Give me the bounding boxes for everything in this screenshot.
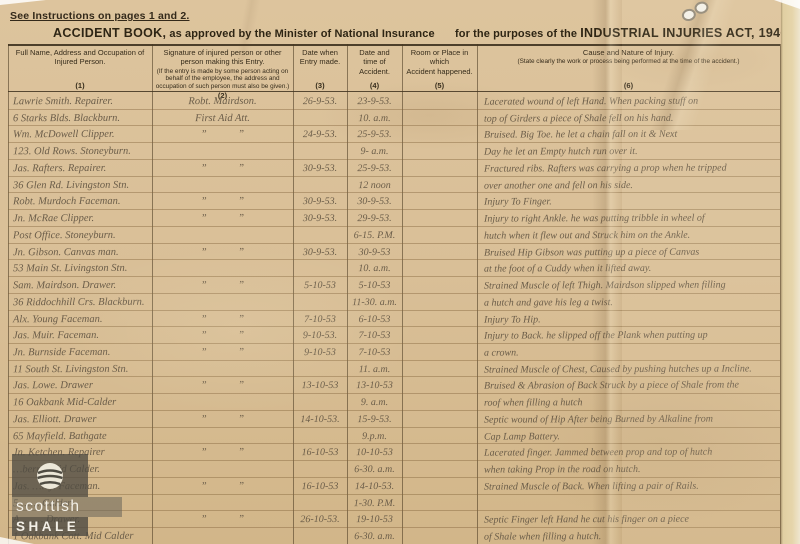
cell-entry-date: [293, 361, 347, 377]
cell-signature: [152, 294, 293, 310]
cell-accident-date-time: 23-9-53.: [347, 93, 402, 109]
watermark-logo-block: [12, 454, 88, 497]
cell-cause: Lacerated finger. Jammed between prop an…: [477, 444, 780, 461]
cell-name-address: 36 Riddochhill Crs. Blackburn.: [8, 293, 152, 309]
scan-corner: [774, 0, 800, 9]
cell-cause: over another one and fell on his side.: [477, 176, 780, 193]
table-row: Post Office. Stoneyburn. 6-15. P.M. hutc…: [8, 227, 780, 244]
cell-signature: ” ”: [152, 344, 293, 360]
table-header-divider: [8, 91, 780, 92]
cell-signature: [152, 143, 293, 159]
cell-name-address: Sam. Mairdson. Drawer.: [8, 277, 152, 293]
cell-accident-date-time: 25-9-53.: [347, 160, 402, 176]
cell-cause: Strained Muscle of left Thigh. Mairdson …: [477, 276, 780, 293]
cell-cause: Septic wound of Hip After being Burned b…: [477, 410, 780, 427]
cell-place: [402, 277, 477, 293]
cell-name-address: 53 Main St. Livingston Stn.: [8, 260, 152, 276]
cell-entry-date: [293, 528, 347, 544]
cell-cause: [477, 494, 780, 511]
cell-signature: ” ”: [152, 411, 293, 427]
cell-entry-date: [293, 461, 347, 477]
table-row: Wm. McDowell Clipper. ” ” 24-9-53. 25-9-…: [8, 126, 780, 143]
cell-accident-date-time: 15-9-53.: [347, 411, 402, 427]
cell-place: [402, 177, 477, 193]
cell-cause: a crown.: [477, 343, 780, 360]
header-title: Date when Entry made.: [300, 48, 340, 67]
table-header-row: Full Name, Address and Occupation of Inj…: [8, 46, 780, 91]
cell-signature: [152, 176, 293, 192]
cell-cause: at the foot of a Cuddy when it lifted aw…: [477, 260, 780, 277]
watermark-word-shale: SHALE: [12, 517, 88, 536]
cell-cause: top of Girders a piece of Shale fell on …: [477, 109, 780, 126]
title-left: ACCIDENT BOOK, as approved by the Minist…: [53, 24, 435, 42]
cell-entry-date: 16-10-53: [293, 444, 347, 460]
shale-sphere-icon: [34, 460, 66, 492]
header-note: (State clearly the work or process being…: [517, 58, 739, 66]
cell-accident-date-time: 9- a.m.: [347, 143, 402, 159]
cell-place: [402, 160, 477, 176]
cell-cause: a hutch and gave his leg a twist.: [477, 293, 780, 310]
cell-entry-date: 24-9-53.: [293, 126, 347, 142]
table-row: Jas. Muir. Faceman. ” ” 9-10-53. 7-10-53…: [8, 327, 780, 344]
cell-cause: Injury to Back. he slipped off the Plank…: [477, 327, 780, 344]
cell-entry-date: [293, 294, 347, 310]
cell-entry-date: 30-9-53.: [293, 193, 347, 209]
scan-corner: [0, 537, 34, 544]
cell-place: [402, 143, 477, 159]
title-approved-by: as approved by the Minister of National …: [166, 28, 434, 40]
cell-signature: ” ”: [152, 511, 293, 527]
cell-accident-date-time: 12 noon: [347, 177, 402, 193]
cell-place: [402, 310, 477, 326]
cell-accident-date-time: 29-9-53.: [347, 210, 402, 226]
cell-name-address: Lawrie Smith. Repairer.: [8, 93, 152, 109]
header-cause-column: Cause and Nature of Injury. (State clear…: [477, 46, 780, 91]
cell-signature: ” ”: [152, 444, 293, 460]
header-title: Date and time of Accident.: [359, 48, 390, 76]
cell-signature: ” ”: [152, 310, 293, 326]
cell-accident-date-time: 30-9-53: [347, 243, 402, 259]
cell-place: [402, 294, 477, 310]
cell-cause: Fractured ribs. Rafters was carrying a p…: [477, 159, 780, 176]
cell-accident-date-time: 9. a.m.: [347, 394, 402, 410]
table-row: …berry. Mid Calder. 6-30. a.m. when taki…: [8, 461, 780, 478]
cell-accident-date-time: 7-10-53: [347, 344, 402, 360]
cell-signature: ” ”: [152, 160, 293, 176]
cell-place: [402, 428, 477, 444]
cell-signature: [152, 528, 293, 544]
cell-accident-date-time: 10-10-53: [347, 444, 402, 460]
cell-accident-date-time: 1-30. P.M.: [347, 495, 402, 511]
cell-cause: Bruised. Big Toe. he let a chain fall on…: [477, 126, 780, 143]
cell-place: [402, 344, 477, 360]
cell-cause: Injury to right Ankle. he was putting tr…: [477, 209, 780, 226]
cell-signature: ” ”: [152, 126, 293, 142]
cell-entry-date: [293, 394, 347, 410]
cell-accident-date-time: 6-15. P.M.: [347, 227, 402, 243]
table-row: Jas. …ley. Faceman. ” ” 16-10-53 14-10-5…: [8, 478, 780, 495]
cell-entry-date: [293, 428, 347, 444]
table-row: Jn. Burnside Faceman. ” ” 9-10-53 7-10-5…: [8, 344, 780, 361]
cell-name-address: Jn. McRae Clipper.: [8, 210, 152, 226]
cell-name-address: 36 Glen Rd. Livingston Stn.: [8, 176, 152, 192]
header-place-column: Room or Place in which Accident happened…: [402, 46, 477, 91]
table-row: 1 Oakbank Cott. Mid Calder 6-30. a.m. of…: [8, 528, 780, 544]
table-row: Jas. Lowe. Drawer ” ” 13-10-53 13-10-53 …: [8, 377, 780, 394]
cell-entry-date: [293, 260, 347, 276]
cell-place: [402, 126, 477, 142]
cell-name-address: 6 Starks Blds. Blackburn.: [8, 109, 152, 125]
cell-entry-date: [293, 110, 347, 126]
header-title-group: Cause and Nature of Injury. (State clear…: [517, 48, 739, 66]
cell-name-address: Alx. Young Faceman.: [8, 310, 152, 326]
header-number: (6): [624, 81, 633, 90]
cell-entry-date: 5-10-53: [293, 277, 347, 293]
instructions-note: See Instructions on pages 1 and 2.: [10, 10, 190, 22]
table-row: 123. Old Rows. Stoneyburn. 9- a.m. Day h…: [8, 143, 780, 160]
cell-place: [402, 110, 477, 126]
cell-entry-date: 30-9-53.: [293, 210, 347, 226]
cell-accident-date-time: 6-30. a.m.: [347, 461, 402, 477]
cell-place: [402, 461, 477, 477]
cell-accident-date-time: 11. a.m.: [347, 361, 402, 377]
cell-place: [402, 243, 477, 259]
header-title: Room or Place in which Accident happened…: [405, 48, 474, 76]
table-row: 6 Starks Blds. Blackburn. First Aid Att.…: [8, 110, 780, 127]
cell-signature: ” ”: [152, 377, 293, 393]
scan-corner: [0, 0, 46, 5]
header-note: (If the entry is made by some person act…: [155, 68, 290, 91]
cell-cause: Septic Finger left Hand he cut his finge…: [477, 511, 780, 528]
header-entry-date-column: Date when Entry made. (3): [293, 46, 347, 91]
ledger-rows: Lawrie Smith. Repairer. Robt. Mairdson. …: [8, 93, 780, 544]
cell-entry-date: 13-10-53: [293, 377, 347, 393]
cell-name-address: Jn. Gibson. Canvas man.: [8, 243, 152, 259]
cell-entry-date: [293, 227, 347, 243]
cell-name-address: Robt. Murdoch Faceman.: [8, 193, 152, 209]
table-row: 36 Riddochhill Crs. Blackburn. 11-30. a.…: [8, 294, 780, 311]
cell-cause: Day he let an Empty hutch run over it.: [477, 143, 780, 160]
table-row: Jn. Gibson. Canvas man. ” ” 30-9-53. 30-…: [8, 244, 780, 261]
cell-place: [402, 444, 477, 460]
cell-cause: hutch when it flew out and Struck him on…: [477, 226, 780, 243]
cell-entry-date: 7-10-53: [293, 310, 347, 326]
header-number: (3): [315, 81, 324, 90]
underlying-page-edge: [781, 0, 800, 544]
cell-name-address: Wm. McDowell Clipper.: [8, 126, 152, 142]
cell-cause: of Shale when filling a hutch.: [477, 527, 780, 544]
cell-cause: Lacerated wound of left Hand. When packi…: [477, 93, 780, 109]
cell-entry-date: 14-10-53.: [293, 411, 347, 427]
cell-place: [402, 227, 477, 243]
cell-signature: [152, 427, 293, 443]
cell-accident-date-time: 25-9-53.: [347, 126, 402, 142]
cell-accident-date-time: 14-10-53.: [347, 478, 402, 494]
cell-accident-date-time: 19-10-53: [347, 511, 402, 527]
table-row: Jn. Ketchen. Repairer ” ” 16-10-53 10-10…: [8, 444, 780, 461]
cell-signature: Robt. Mairdson.: [152, 93, 293, 109]
cell-cause: roof when filling a hutch: [477, 394, 780, 411]
cell-cause: Strained Muscle of Chest, Caused by push…: [477, 360, 780, 377]
header-title: Signature of injured person or other per…: [155, 48, 290, 67]
cell-place: [402, 528, 477, 544]
cell-signature: First Aid Att.: [152, 109, 293, 125]
cell-accident-date-time: 30-9-53.: [347, 193, 402, 209]
cell-entry-date: 9-10-53: [293, 344, 347, 360]
cell-signature: [152, 260, 293, 276]
header-title: Full Name, Address and Occupation of Inj…: [16, 48, 144, 67]
cell-accident-date-time: 7-10-53: [347, 327, 402, 343]
cell-place: [402, 511, 477, 527]
table-row: Jn. McRae Clipper. ” ” 30-9-53. 29-9-53.…: [8, 210, 780, 227]
cell-place: [402, 93, 477, 109]
cell-signature: [152, 461, 293, 477]
cell-place: [402, 377, 477, 393]
cell-place: [402, 478, 477, 494]
cell-cause: Bruised & Abrasion of Back Struck by a p…: [477, 377, 780, 394]
cell-cause: Injury To Finger.: [477, 193, 780, 210]
cell-accident-date-time: 10. a.m.: [347, 260, 402, 276]
cell-signature: ” ”: [152, 277, 293, 293]
table-row: 16 Oakbank Mid-Calder 9. a.m. roof when …: [8, 394, 780, 411]
table-row: Lawrie Smith. Repairer. Robt. Mairdson. …: [8, 93, 780, 110]
table-row: Jas. Rafters. Repairer. ” ” 30-9-53. 25-…: [8, 160, 780, 177]
cell-entry-date: 26-10-53.: [293, 511, 347, 527]
cell-place: [402, 260, 477, 276]
cell-name-address: 16 Oakbank Mid-Calder: [8, 394, 152, 410]
header-number: (5): [435, 81, 444, 90]
column-divider: [780, 44, 781, 544]
cell-accident-date-time: 5-10-53: [347, 277, 402, 293]
cell-signature: [152, 227, 293, 243]
header-title: Cause and Nature of Injury.: [517, 48, 739, 57]
accident-book-page: See Instructions on pages 1 and 2. ACCID…: [0, 0, 800, 544]
header-name-column: Full Name, Address and Occupation of Inj…: [8, 46, 152, 91]
header-number: (4): [370, 81, 379, 90]
cell-entry-date: [293, 177, 347, 193]
cell-place: [402, 210, 477, 226]
table-row: 53 Main St. Livingston Stn. 10. a.m. at …: [8, 260, 780, 277]
cell-accident-date-time: 13-10-53: [347, 377, 402, 393]
cell-cause: Injury To Hip.: [477, 310, 780, 327]
header-number: (1): [75, 81, 84, 90]
cell-accident-date-time: 10. a.m.: [347, 110, 402, 126]
table-row: Jas. Elliott. Drawer ” ” 14-10-53. 15-9-…: [8, 411, 780, 428]
cell-name-address: 65 Mayfield. Bathgate: [8, 427, 152, 443]
header-title-group: Signature of injured person or other per…: [155, 48, 290, 91]
cell-signature: ” ”: [152, 478, 293, 494]
cell-place: [402, 494, 477, 510]
cell-entry-date: 16-10-53: [293, 478, 347, 494]
cell-entry-date: 26-9-53.: [293, 93, 347, 109]
cell-name-address: Jn. Burnside Faceman.: [8, 344, 152, 360]
cell-place: [402, 193, 477, 209]
cell-entry-date: 30-9-53.: [293, 243, 347, 259]
cell-accident-date-time: 6-30. a.m.: [347, 528, 402, 544]
cell-place: [402, 361, 477, 377]
cell-signature: [152, 360, 293, 376]
cell-accident-date-time: 9.p.m.: [347, 428, 402, 444]
table-row: 5 …… Calder. 1-30. P.M.: [8, 495, 780, 512]
cell-entry-date: 9-10-53.: [293, 327, 347, 343]
cell-name-address: 123. Old Rows. Stoneyburn.: [8, 143, 152, 159]
title-accident-book: ACCIDENT BOOK,: [53, 26, 166, 40]
cell-name-address: Jas. Lowe. Drawer: [8, 377, 152, 393]
cell-signature: [152, 394, 293, 410]
table-row: 11 South St. Livingston Stn. 11. a.m. St…: [8, 361, 780, 378]
cell-place: [402, 411, 477, 427]
cell-name-address: Jas. Muir. Faceman.: [8, 327, 152, 343]
cell-entry-date: [293, 143, 347, 159]
cell-name-address: Jas. Elliott. Drawer: [8, 411, 152, 427]
cell-name-address: 11 South St. Livingston Stn.: [8, 360, 152, 376]
cell-entry-date: 30-9-53.: [293, 160, 347, 176]
cell-accident-date-time: 6-10-53: [347, 310, 402, 326]
cell-signature: [152, 494, 293, 510]
cell-name-address: Jas. Rafters. Repairer.: [8, 160, 152, 176]
cell-signature: ” ”: [152, 210, 293, 226]
header-signature-column: Signature of injured person or other per…: [152, 46, 293, 91]
cell-signature: ” ”: [152, 243, 293, 259]
cell-place: [402, 327, 477, 343]
cell-signature: ” ”: [152, 327, 293, 343]
title-right: for the purposes of the INDUSTRIAL INJUR…: [455, 24, 791, 42]
cell-place: [402, 394, 477, 410]
cell-cause: Cap Lamp Battery.: [477, 427, 780, 444]
cell-entry-date: [293, 495, 347, 511]
table-row: 36 Glen Rd. Livingston Stn. 12 noon over…: [8, 177, 780, 194]
cell-cause: Bruised Hip Gibson was putting up a piec…: [477, 243, 780, 260]
table-row: Robt. Murdoch Faceman. ” ” 30-9-53. 30-9…: [8, 193, 780, 210]
table-row: Alx. Young Faceman. ” ” 7-10-53 6-10-53 …: [8, 311, 780, 328]
cell-signature: ” ”: [152, 193, 293, 209]
header-accident-date-column: Date and time of Accident. (4): [347, 46, 402, 91]
table-row: A. …… Drawer. ” ” 26-10-53. 19-10-53 Sep…: [8, 511, 780, 528]
cell-name-address: Post Office. Stoneyburn.: [8, 227, 152, 243]
table-row: Sam. Mairdson. Drawer. ” ” 5-10-53 5-10-…: [8, 277, 780, 294]
cell-cause: Strained Muscle of Back. When lifting a …: [477, 477, 780, 494]
title-purposes: for the purposes of the: [455, 28, 580, 40]
table-row: 65 Mayfield. Bathgate 9.p.m. Cap Lamp Ba…: [8, 428, 780, 445]
page-title: ACCIDENT BOOK, as approved by the Minist…: [0, 24, 780, 42]
cell-accident-date-time: 11-30. a.m.: [347, 294, 402, 310]
watermark-word-scottish: scottish: [12, 497, 122, 517]
cell-cause: when taking Prop in the road on hutch.: [477, 460, 780, 477]
